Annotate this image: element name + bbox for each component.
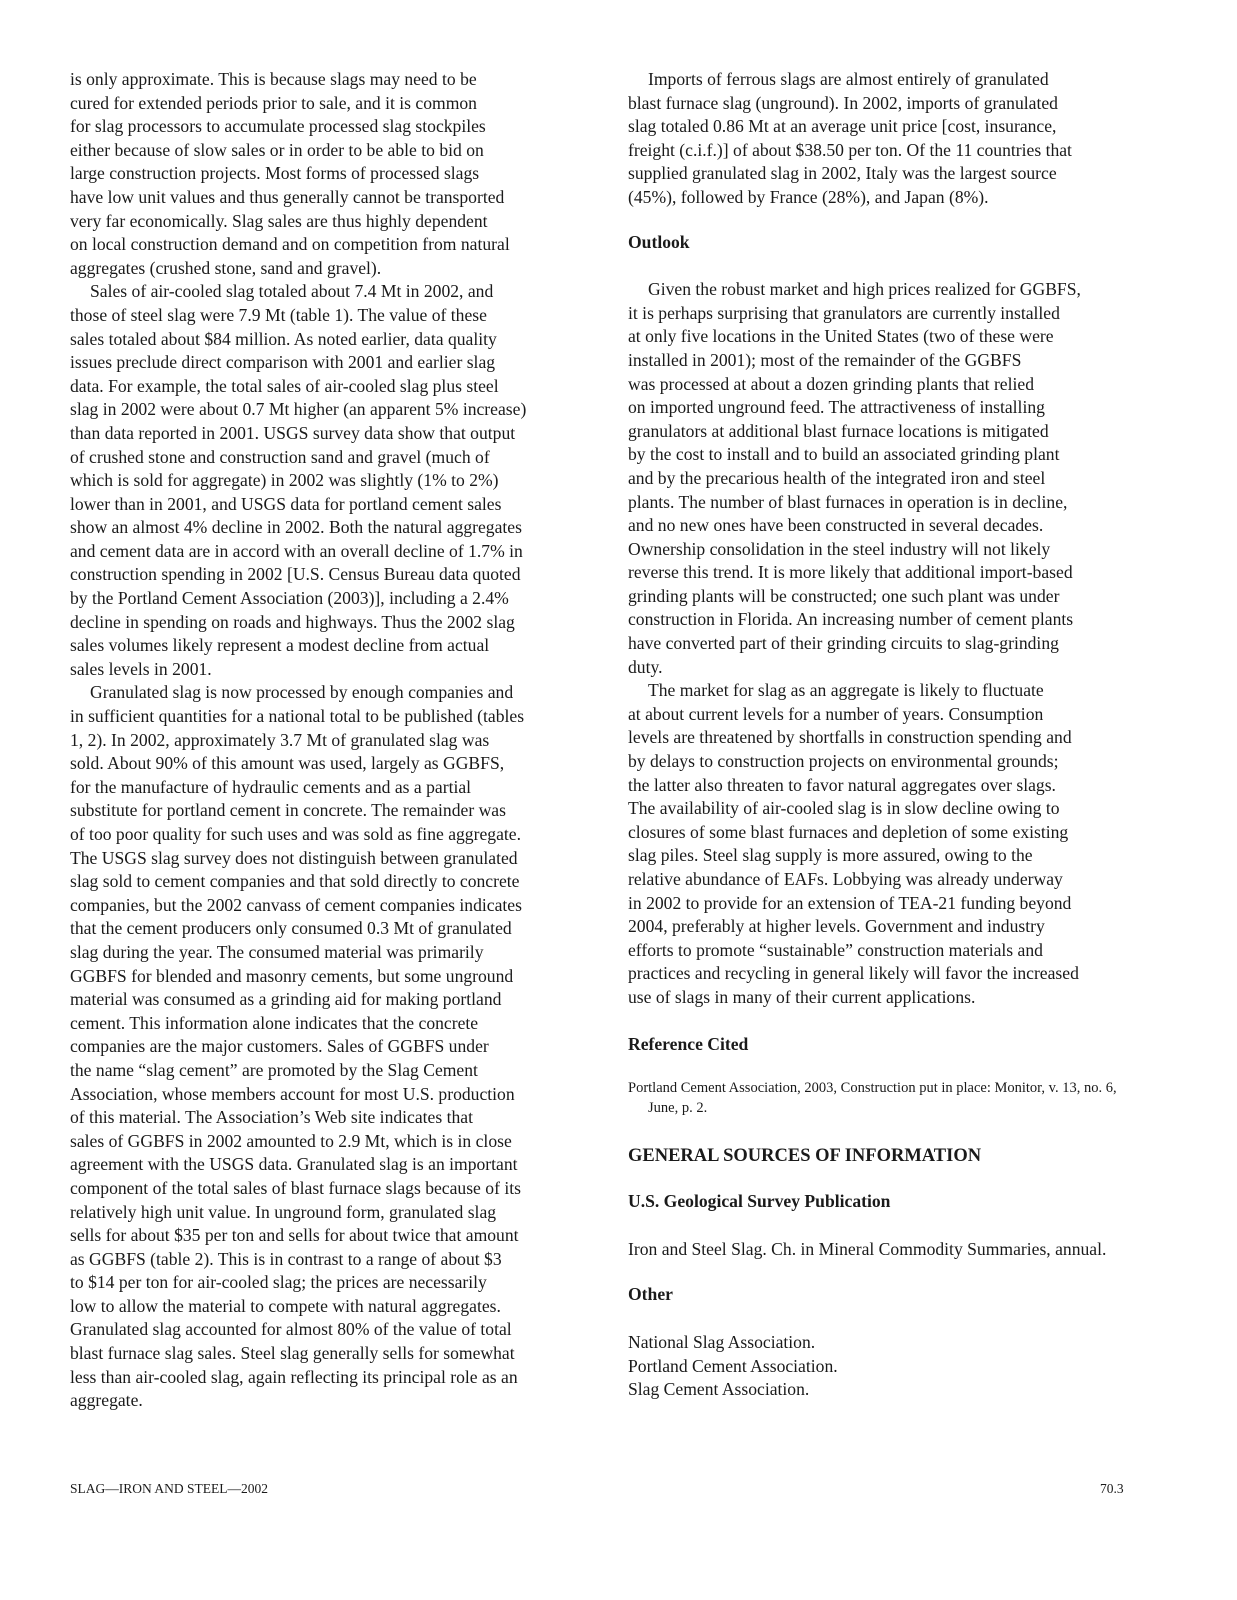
body-paragraph-granulated-slag: Granulated slag is now processed by enou… bbox=[70, 681, 610, 1412]
body-paragraph: is only approximate. This is because sla… bbox=[70, 68, 610, 280]
right-column: Imports of ferrous slags are almost enti… bbox=[628, 68, 1168, 1402]
section-heading-reference-cited: Reference Cited bbox=[628, 1033, 1168, 1057]
body-paragraph-outlook-granulators: Given the robust market and high prices … bbox=[628, 278, 1168, 679]
other-source-item: Portland Cement Association. bbox=[628, 1355, 1168, 1379]
other-source-item: National Slag Association. bbox=[628, 1331, 1168, 1355]
body-paragraph-outlook-market: The market for slag as an aggregate is l… bbox=[628, 679, 1168, 1009]
section-heading-general-sources: GENERAL SOURCES OF INFORMATION bbox=[628, 1144, 1168, 1168]
other-source-item: Slag Cement Association. bbox=[628, 1378, 1168, 1402]
running-footer-title: SLAG—IRON AND STEEL—2002 bbox=[70, 1481, 268, 1497]
left-column: is only approximate. This is because sla… bbox=[70, 68, 610, 1413]
body-paragraph-imports: Imports of ferrous slags are almost enti… bbox=[628, 68, 1168, 210]
section-heading-usgs-publication: U.S. Geological Survey Publication bbox=[628, 1190, 1168, 1214]
section-heading-other: Other bbox=[628, 1283, 1168, 1307]
usgs-publication-entry: Iron and Steel Slag. Ch. in Mineral Comm… bbox=[628, 1238, 1148, 1262]
page-number: 70.3 bbox=[1100, 1481, 1124, 1497]
other-sources-list: National Slag Association. Portland Ceme… bbox=[628, 1331, 1168, 1402]
reference-entry: Portland Cement Association, 2003, Const… bbox=[628, 1078, 1118, 1118]
section-heading-outlook: Outlook bbox=[628, 231, 1168, 255]
body-paragraph-air-cooled-sales: Sales of air-cooled slag totaled about 7… bbox=[70, 280, 610, 681]
